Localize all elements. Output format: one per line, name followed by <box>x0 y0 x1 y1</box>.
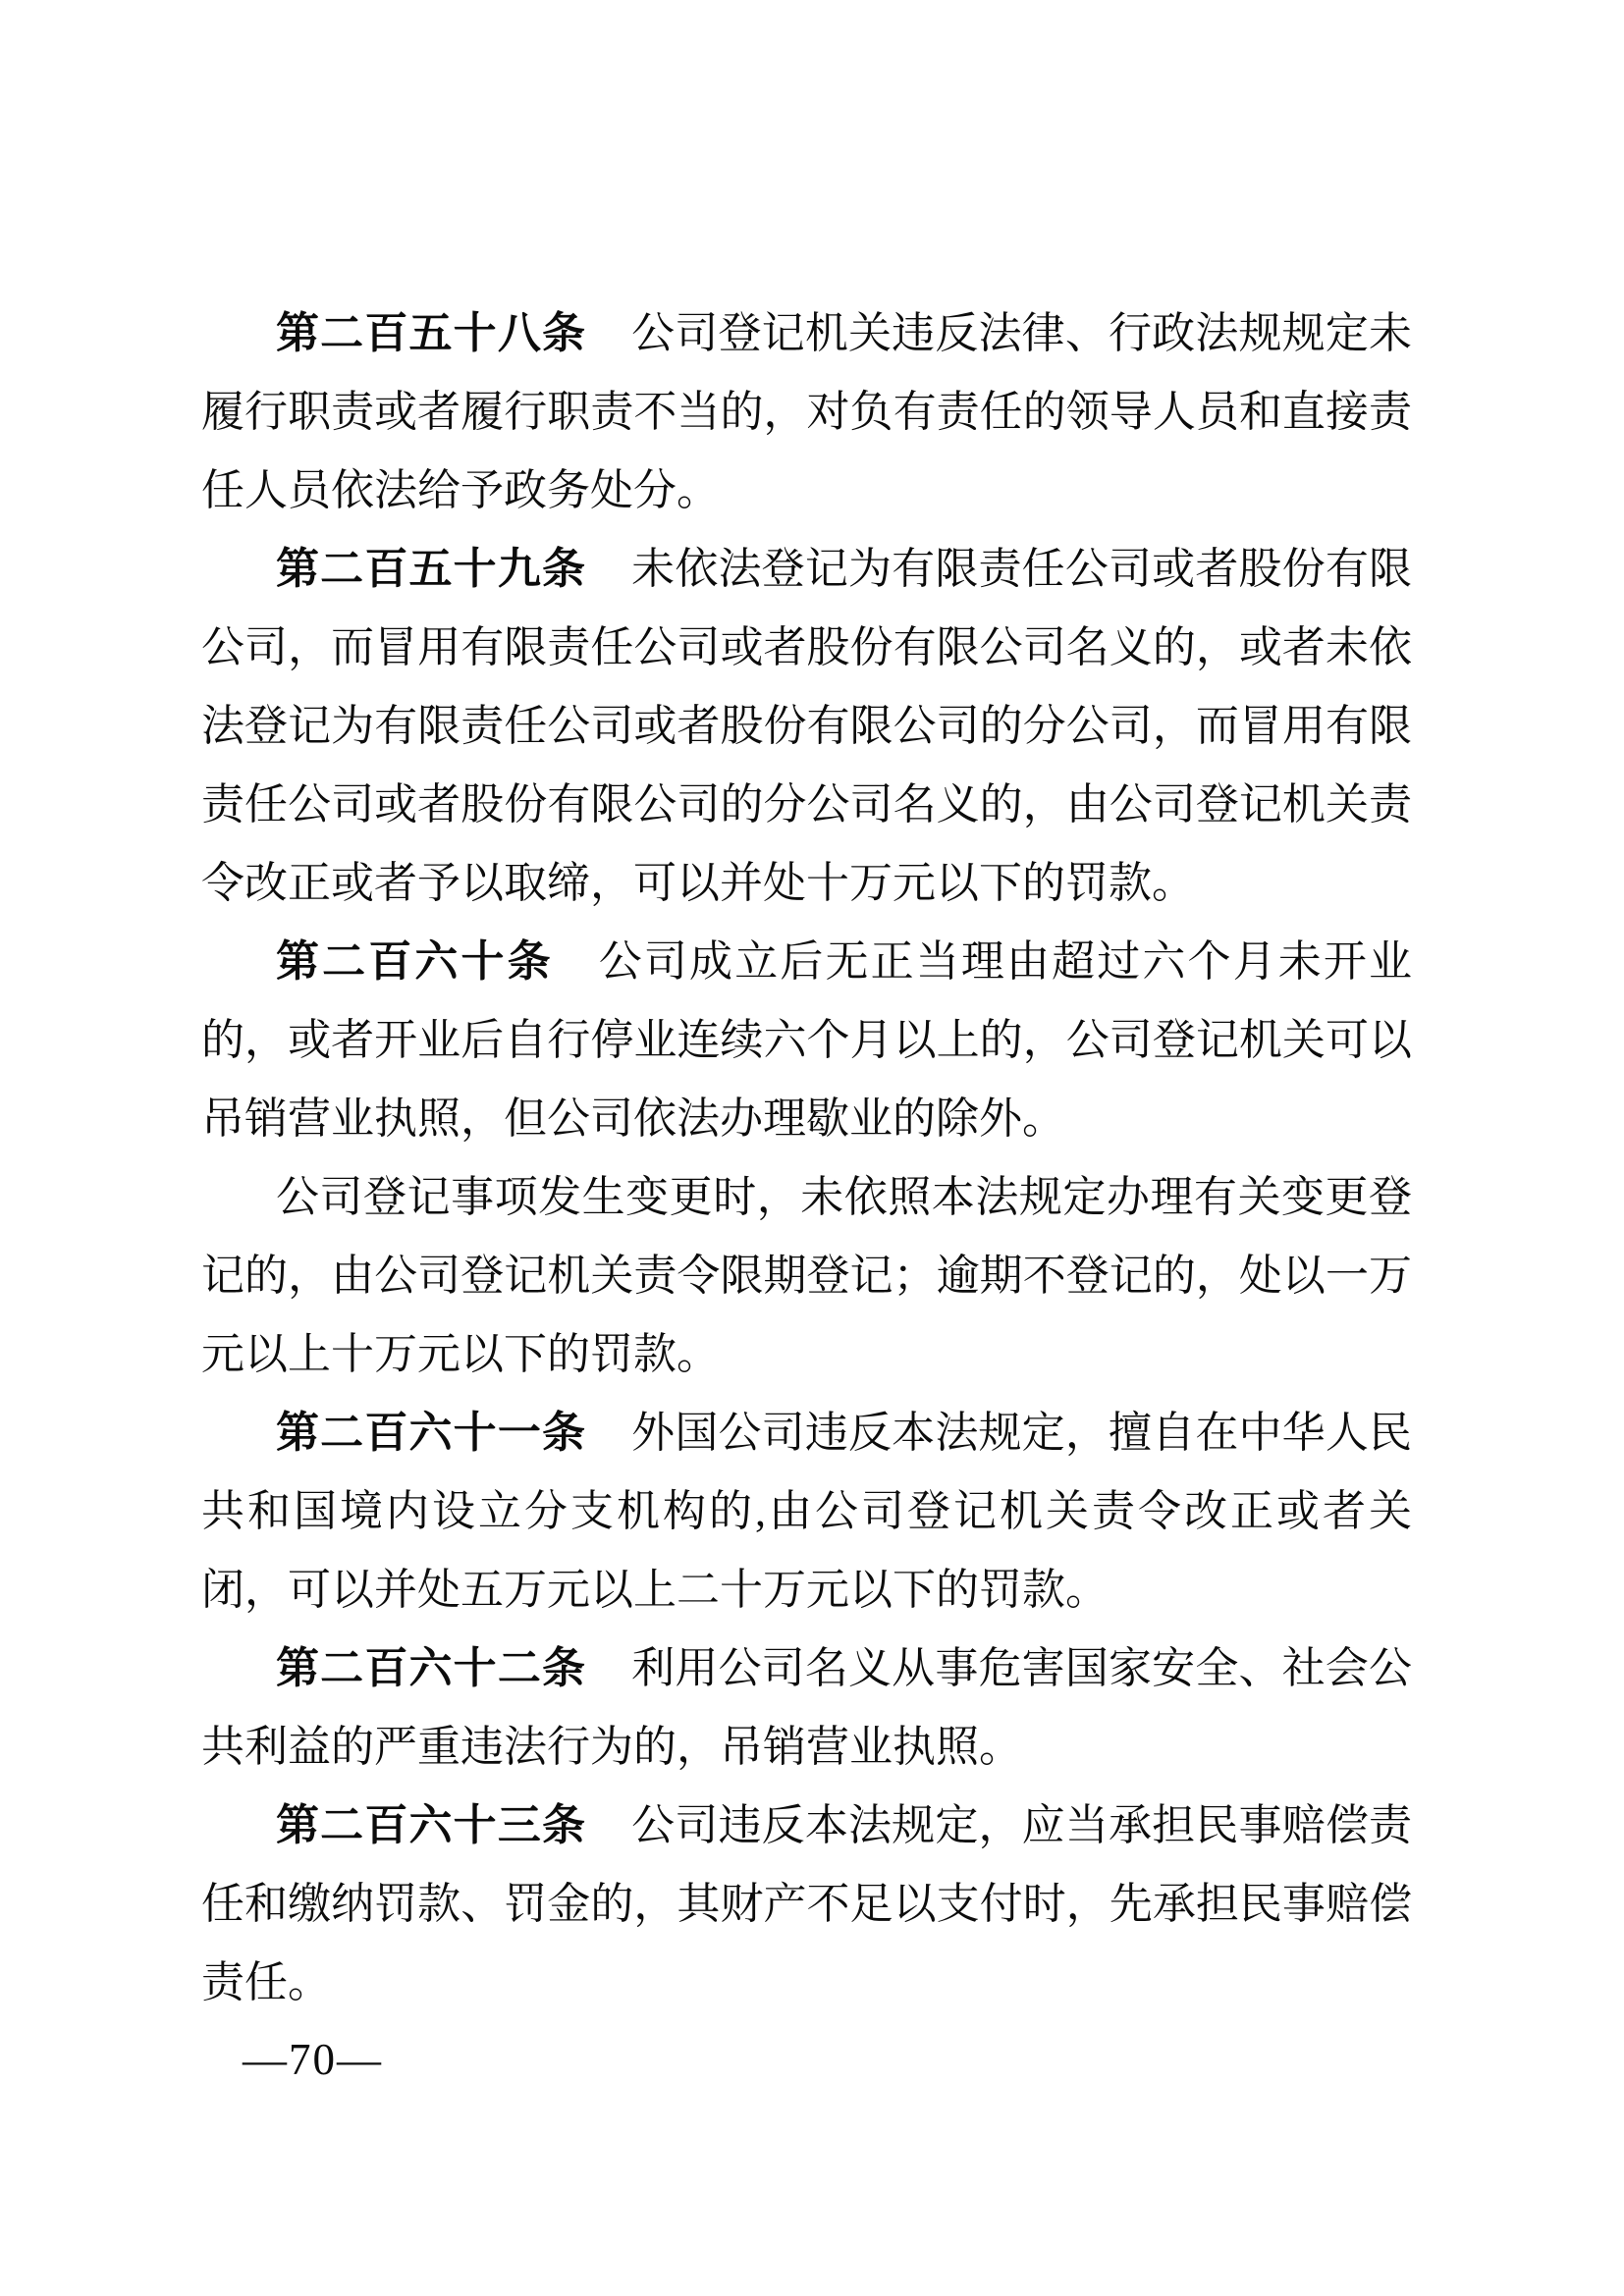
article-259-paragraph: 第二百五十九条未依法登记为有限责任公司或者股份有限公司，而冒用有限责任公司或者股… <box>201 530 1412 923</box>
article-263-number: 第二百六十三条 <box>276 1801 586 1849</box>
article-259-text: 未依法登记为有限责任公司或者股份有限公司，而冒用有限责任公司或者股份有限公司名义… <box>201 545 1412 907</box>
article-260-number: 第二百六十条 <box>276 937 554 986</box>
article-261-paragraph: 第二百六十一条外国公司违反本法规定，擅自在中华人民共和国境内设立分支机构的,由公… <box>201 1394 1412 1629</box>
article-260-text-2: 公司登记事项发生变更时，未依照本法规定办理有关变更登记的，由公司登记机关责令限期… <box>201 1173 1412 1378</box>
article-258-paragraph: 第二百五十八条公司登记机关违反法律、行政法规规定未履行职责或者履行职责不当的，对… <box>201 294 1412 530</box>
article-262-number: 第二百六十二条 <box>276 1644 586 1692</box>
article-262-paragraph: 第二百六十二条利用公司名义从事危害国家安全、社会公共利益的严重违法行为的，吊销营… <box>201 1629 1412 1787</box>
article-259-number: 第二百五十九条 <box>276 545 586 593</box>
article-263-paragraph: 第二百六十三条公司违反本法规定，应当承担民事赔偿责任和缴纳罚款、罚金的，其财产不… <box>201 1787 1412 2022</box>
document-page: 第二百五十八条公司登记机关违反法律、行政法规规定未履行职责或者履行职责不当的，对… <box>0 0 1624 2296</box>
article-260-paragraph-1: 第二百六十条公司成立后无正当理由超过六个月未开业的，或者开业后自行停业连续六个月… <box>201 923 1412 1158</box>
article-260-paragraph-2: 公司登记事项发生变更时，未依照本法规定办理有关变更登记的，由公司登记机关责令限期… <box>201 1158 1412 1394</box>
page-number: —70— <box>243 2034 383 2085</box>
law-text-block: 第二百五十八条公司登记机关违反法律、行政法规规定未履行职责或者履行职责不当的，对… <box>201 294 1412 2022</box>
article-261-number: 第二百六十一条 <box>276 1409 586 1457</box>
article-258-number: 第二百五十八条 <box>276 309 586 357</box>
